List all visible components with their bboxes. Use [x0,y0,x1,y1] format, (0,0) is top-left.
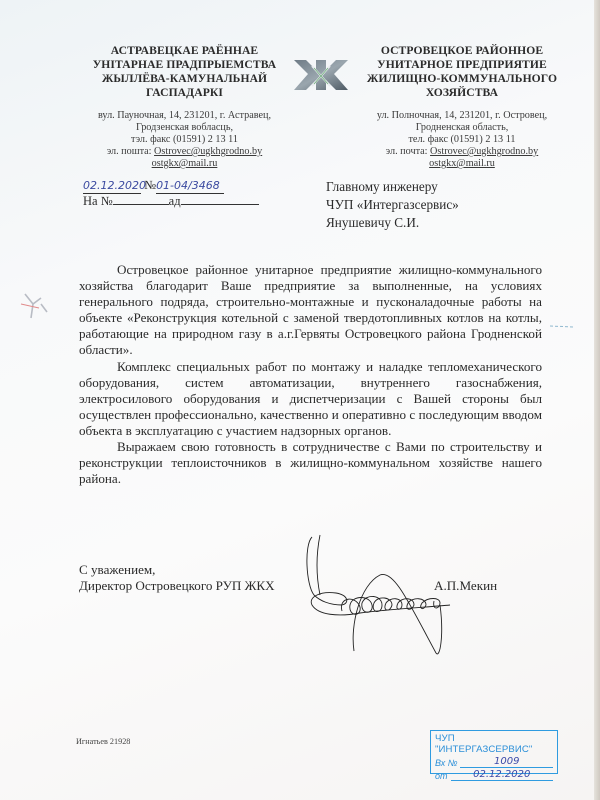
email-row: эл. пошта: Ostrovec@ugkhgrodno.by [82,146,287,158]
executor-note: Игнатьев 21928 [76,737,130,746]
outgoing-reference: 02.12.2020 №01-04/3468 На №ад [83,178,259,208]
address: ул. Полночная, 14, 231201, г. Островец, [362,110,562,122]
phone: тэл. факс (01591) 2 13 11 [82,134,287,146]
number-sign: № [144,178,156,192]
letter-page: АСТРАВЕЦКАЕ РАЁННАЕ УНІТАРНАЕ ПРАДПРЫЕМС… [0,0,600,800]
org-contact-be: вул. Пауночная, 14, 231201, г. Астравец,… [82,110,287,170]
letterhead-belarusian: АСТРАВЕЦКАЕ РАЁННАЕ УНІТАРНАЕ ПРАДПРЫЕМС… [82,44,287,170]
pen-dash-icon [548,320,578,330]
signer-position: Директор Островецкого РУП ЖКХ [79,578,275,594]
org-name-line: ХОЗЯЙСТВА [362,86,562,100]
email-label: эл. пошта: [107,146,152,157]
org-name-line: АСТРАВЕЦКАЕ РАЁННАЕ [82,44,287,58]
reply-to-label: На № [83,194,113,208]
incoming-registration-stamp: ЧУП "ИНТЕРГАЗСЕРВИС" Вх № 1009 от 02.12.… [430,730,558,774]
org-name-ru: ОСТРОВЕЦКОЕ РАЙОННОЕ УНИТАРНОЕ ПРЕДПРИЯТ… [362,44,562,100]
addressee-name: Янушевичу С.И. [326,214,459,232]
reply-date-label: ад [169,194,181,208]
org-name-line: ГАСПАДАРКІ [82,86,287,100]
outgoing-number: 01-04/3468 [156,179,224,194]
region: Гродзенская вобласць, [82,122,287,134]
email-link[interactable]: Ostrovec@ugkhgrodno.by [154,146,262,157]
email-label: эл. почта: [386,146,428,157]
stamp-incoming-label: Вх № [435,758,457,768]
region: Гродненская область, [362,122,562,134]
reply-number-blank [113,204,169,205]
phone: тел. факс (01591) 2 13 11 [362,134,562,146]
paper-edge [594,0,600,800]
stamp-company: ЧУП "ИНТЕРГАЗСЕРВИС" [435,733,553,755]
letter-body: Островецкое районное унитарное предприят… [79,262,542,487]
address: вул. Пауночная, 14, 231201, г. Астравец, [82,110,287,122]
reply-date-blank [181,204,259,205]
org-name-be: АСТРАВЕЦКАЕ РАЁННАЕ УНІТАРНАЕ ПРАДПРЫЕМС… [82,44,287,100]
org-name-line: ОСТРОВЕЦКОЕ РАЙОННОЕ [362,44,562,58]
org-name-line: УНИТАРНОЕ ПРЕДПРИЯТИЕ [362,58,562,72]
closing-block: С уважением, Директор Островецкого РУП Ж… [79,562,275,594]
signature-icon [290,525,470,675]
email-link-secondary[interactable]: ostgkx@mail.ru [152,158,218,169]
addressee-company: ЧУП «Интергазсервис» [326,196,459,214]
stamp-date-row: от 02.12.2020 [435,769,553,781]
body-paragraph: Островецкое районное унитарное предприят… [79,262,542,359]
org-name-line: ЖИЛИЩНО-КОММУНАЛЬНОГО [362,72,562,86]
org-name-line: УНІТАРНАЕ ПРАДПРЫЕМСТВА [82,58,287,72]
addressee: Главному инженеру ЧУП «Интергазсервис» Я… [326,178,459,232]
stamp-incoming-number: 1009 [460,756,553,768]
body-paragraph: Выражаем свою готовность в сотрудничеств… [79,439,542,487]
email-link-secondary[interactable]: ostgkx@mail.ru [429,158,495,169]
email-link[interactable]: Ostrovec@ugkhgrodno.by [430,146,538,157]
org-contact-ru: ул. Полночная, 14, 231201, г. Островец, … [362,110,562,170]
addressee-position: Главному инженеру [326,178,459,196]
stamp-date: 02.12.2020 [451,769,553,781]
stamp-incoming-row: Вх № 1009 [435,756,553,768]
letterhead-russian: ОСТРОВЕЦКОЕ РАЙОННОЕ УНИТАРНОЕ ПРЕДПРИЯТ… [362,44,562,170]
body-paragraph: Комплекс специальных работ по монтажу и … [79,359,542,439]
outgoing-date: 02.12.2020 [83,179,141,194]
email-row: эл. почта: Ostrovec@ugkhgrodno.by [362,146,562,158]
regards: С уважением, [79,562,275,578]
pen-mark-icon [15,290,55,326]
zhkh-logo-icon [292,58,350,92]
stamp-date-label: от [435,771,448,781]
org-name-line: ЖЫЛЛЁВА-КАМУНАЛЬНАЙ [82,72,287,86]
